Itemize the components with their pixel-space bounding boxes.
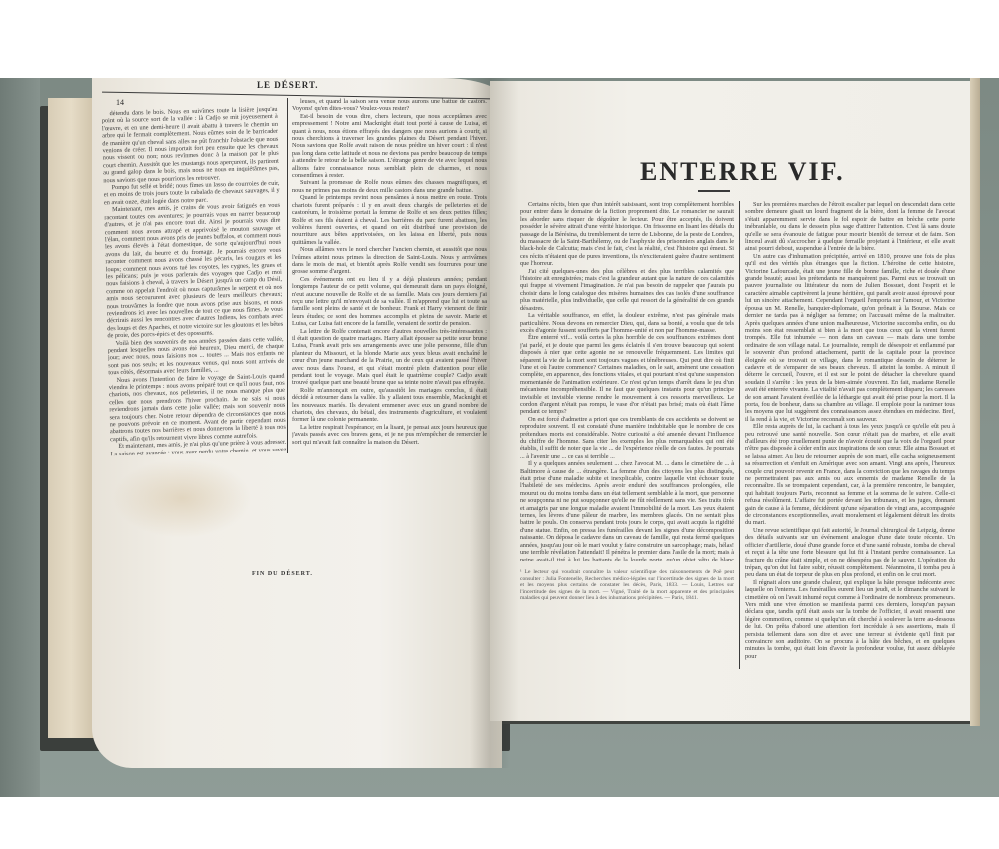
paper-stain (112, 458, 252, 538)
running-head: LE DÉSERT. (257, 80, 319, 90)
paragraph: Maintenant, mes amis, je crains de vous … (104, 202, 283, 340)
right-page-edge (970, 78, 980, 726)
paragraph: Rolfe m'annonçait en outre, qu'aussitôt … (292, 387, 487, 424)
chapter-title: ENTERRE VIF. (640, 157, 845, 187)
title-rule (698, 190, 730, 192)
page-number: 14 (116, 98, 124, 107)
paragraph: Elle resta auprès de lui, la cachant à t… (745, 423, 955, 527)
paragraph: Quand le printemps revint nous pensâmes … (292, 194, 487, 246)
cloth-background (0, 78, 40, 797)
paragraph: La lettre de Rolfe contenait encore d'au… (292, 328, 487, 387)
paragraph: Ces événements ont eu lieu il y a déjà p… (292, 276, 487, 328)
paragraph: Une revue scientifique qui fait autorité… (745, 527, 955, 579)
paragraph: Suivant la promesse de Rolfe nous eûmes … (292, 179, 487, 194)
column-divider (287, 98, 288, 453)
paragraph: La lettre respirait l'espérance; en la l… (292, 424, 487, 446)
right-page: ENTERRE VIF. Certains récits, bien que d… (490, 81, 970, 721)
paragraph: Il y a quelques années seulement ... che… (520, 460, 734, 561)
paragraph: Nous avons l'intention de faire le voyag… (108, 372, 286, 443)
paragraph: Être enterré vif... voilà certes la plus… (520, 334, 734, 415)
paragraph: Nous allâmes vers le nord chercher l'anc… (292, 246, 487, 276)
left-column-2: leuses, et quand la saison sera venue no… (292, 98, 487, 453)
paragraph: détendu dans le bois. Nous en suivîmes t… (102, 106, 280, 185)
left-page: LE DÉSERT. 14 détendu dans le bois. Nous… (92, 78, 502, 768)
end-mark: FIN DU DÉSERT. (252, 571, 313, 577)
paragraph: J'ai cité quelques-unes des plus célèbre… (520, 268, 734, 312)
paragraph: La véritable souffrance, en effet, la do… (520, 312, 734, 334)
right-column-1: Certains récits, bien que d'un intérêt s… (520, 201, 734, 561)
left-column-1: détendu dans le bois. Nous en suivîmes t… (102, 106, 287, 455)
book-photograph: LE DÉSERT. 14 détendu dans le bois. Nous… (0, 78, 999, 797)
paragraph: Voilà bien des souvenirs de nos années p… (108, 335, 285, 377)
paragraph: On est forcé d'admettre a priori que ces… (520, 416, 734, 460)
paragraph: Sur les premières marches de l'étroit es… (745, 201, 955, 253)
paragraph: Il régnait alors une grande chaleur, qui… (745, 579, 955, 660)
paragraph: Est-il besoin de vous dire, chers lecteu… (292, 113, 487, 180)
paragraph: leuses, et quand la saison sera venue no… (292, 98, 487, 113)
column-divider (739, 201, 740, 669)
right-column-2: Sur les premières marches de l'étroit es… (745, 201, 955, 669)
footnote: ¹ Le lecteur qui voudrait connaître la v… (520, 569, 734, 619)
paragraph: Un autre cas d'inhumation précipitée, ar… (745, 253, 955, 423)
paragraph: Certains récits, bien que d'un intérêt s… (520, 201, 734, 268)
